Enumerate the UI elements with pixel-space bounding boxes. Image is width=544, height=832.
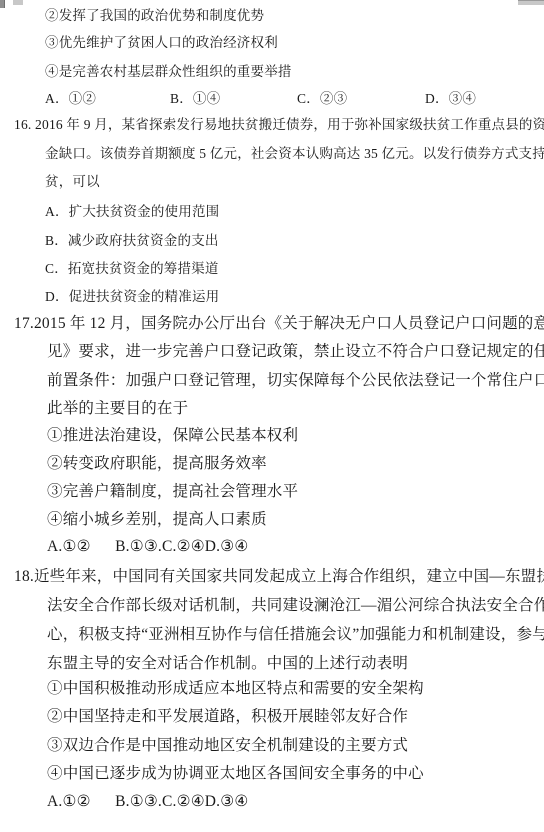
screen-artifact-top-left-light xyxy=(13,0,23,5)
q17-stem-line-3: 前置条件：加强户口登记管理，切实保障每个公民依法登记一个常住户口。 xyxy=(47,372,544,390)
q17-item-4: ④缩小城乡差别，提高人口素质 xyxy=(47,511,267,529)
exam-document-page: ②发挥了我国的政治优势和制度优势 ③优先维护了贫困人口的政治经济权利 ④是完善农… xyxy=(0,0,544,832)
q16-option-d: D．促进扶贫资金的精准运用 xyxy=(45,289,219,305)
screen-artifact-top-left-dark xyxy=(0,0,5,8)
q16-stem-line-2: 金缺口。该债券首期额度 5 亿元，社会资本认购高达 35 亿元。以发行债券方式支… xyxy=(45,146,544,162)
q18-stem-line-3: 心，积极支持“亚洲相互协作与信任措施会议”加强能力和机制建设，参与 xyxy=(47,626,544,644)
q16-option-b: B．减少政府扶贫资金的支出 xyxy=(45,233,219,249)
q18-item-1: ①中国积极推动形成适应本地区特点和需要的安全架构 xyxy=(47,680,424,698)
q16-stem-line-3: 贫，可以 xyxy=(45,174,100,190)
q15-option-b: B．①④ xyxy=(170,91,220,107)
q17-stem-line-4: 此举的主要目的在于 xyxy=(47,400,188,418)
q16-option-c: C．拓宽扶贫资金的筹措渠道 xyxy=(45,261,219,277)
q15-option-a: A．①② xyxy=(45,91,96,107)
q17-item-1: ①推进法治建设，保障公民基本权利 xyxy=(47,427,298,445)
q16-option-a: A．扩大扶贫资金的使用范围 xyxy=(45,204,219,220)
q18-stem-line-1: 18.近些年来，中国同有关国家共同发起成立上海合作组织，建立中国—东盟执 xyxy=(14,568,544,586)
q17-options-line: A.①② B.①③.C.②④D.③④ xyxy=(47,538,248,556)
q17-item-3: ③完善户籍制度，提高社会管理水平 xyxy=(47,483,298,501)
q15-option-c: C．②③ xyxy=(297,91,347,107)
q18-item-4: ④中国已逐步成为协调亚太地区各国间安全事务的中心 xyxy=(47,765,424,783)
q15-item-2: ②发挥了我国的政治优势和制度优势 xyxy=(45,8,264,24)
q17-stem-line-1: 17.2015 年 12 月，国务院办公厅出台《关于解决无户口人员登记户口问题的… xyxy=(14,315,544,333)
screen-artifact-top-right-light xyxy=(518,0,544,5)
q15-item-4: ④是完善农村基层群众性组织的重要举措 xyxy=(45,64,292,80)
q15-option-d: D．③④ xyxy=(425,91,476,107)
q17-item-2: ②转变政府职能，提高服务效率 xyxy=(47,455,267,473)
q16-stem-line-1: 16. 2016 年 9 月，某省探索发行易地扶贫搬迁债券，用于弥补国家级扶贫工… xyxy=(14,117,544,133)
q18-stem-line-2: 法安全合作部长级对话机制，共同建设澜沧江—湄公河综合执法安全合作中 xyxy=(47,597,544,615)
q18-options-line: A.①② B.①③.C.②④D.③④ xyxy=(47,793,248,811)
q17-stem-line-2: 见》要求，进一步完善户口登记政策，禁止设立不符合户口登记规定的任何 xyxy=(47,343,544,361)
q18-stem-line-4: 东盟主导的安全对话合作机制。中国的上述行动表明 xyxy=(47,655,408,673)
q15-item-3: ③优先维护了贫困人口的政治经济权利 xyxy=(45,35,278,51)
q18-item-2: ②中国坚持走和平发展道路，积极开展睦邻友好合作 xyxy=(47,708,408,726)
q18-item-3: ③双边合作是中国推动地区安全机制建设的主要方式 xyxy=(47,737,408,755)
